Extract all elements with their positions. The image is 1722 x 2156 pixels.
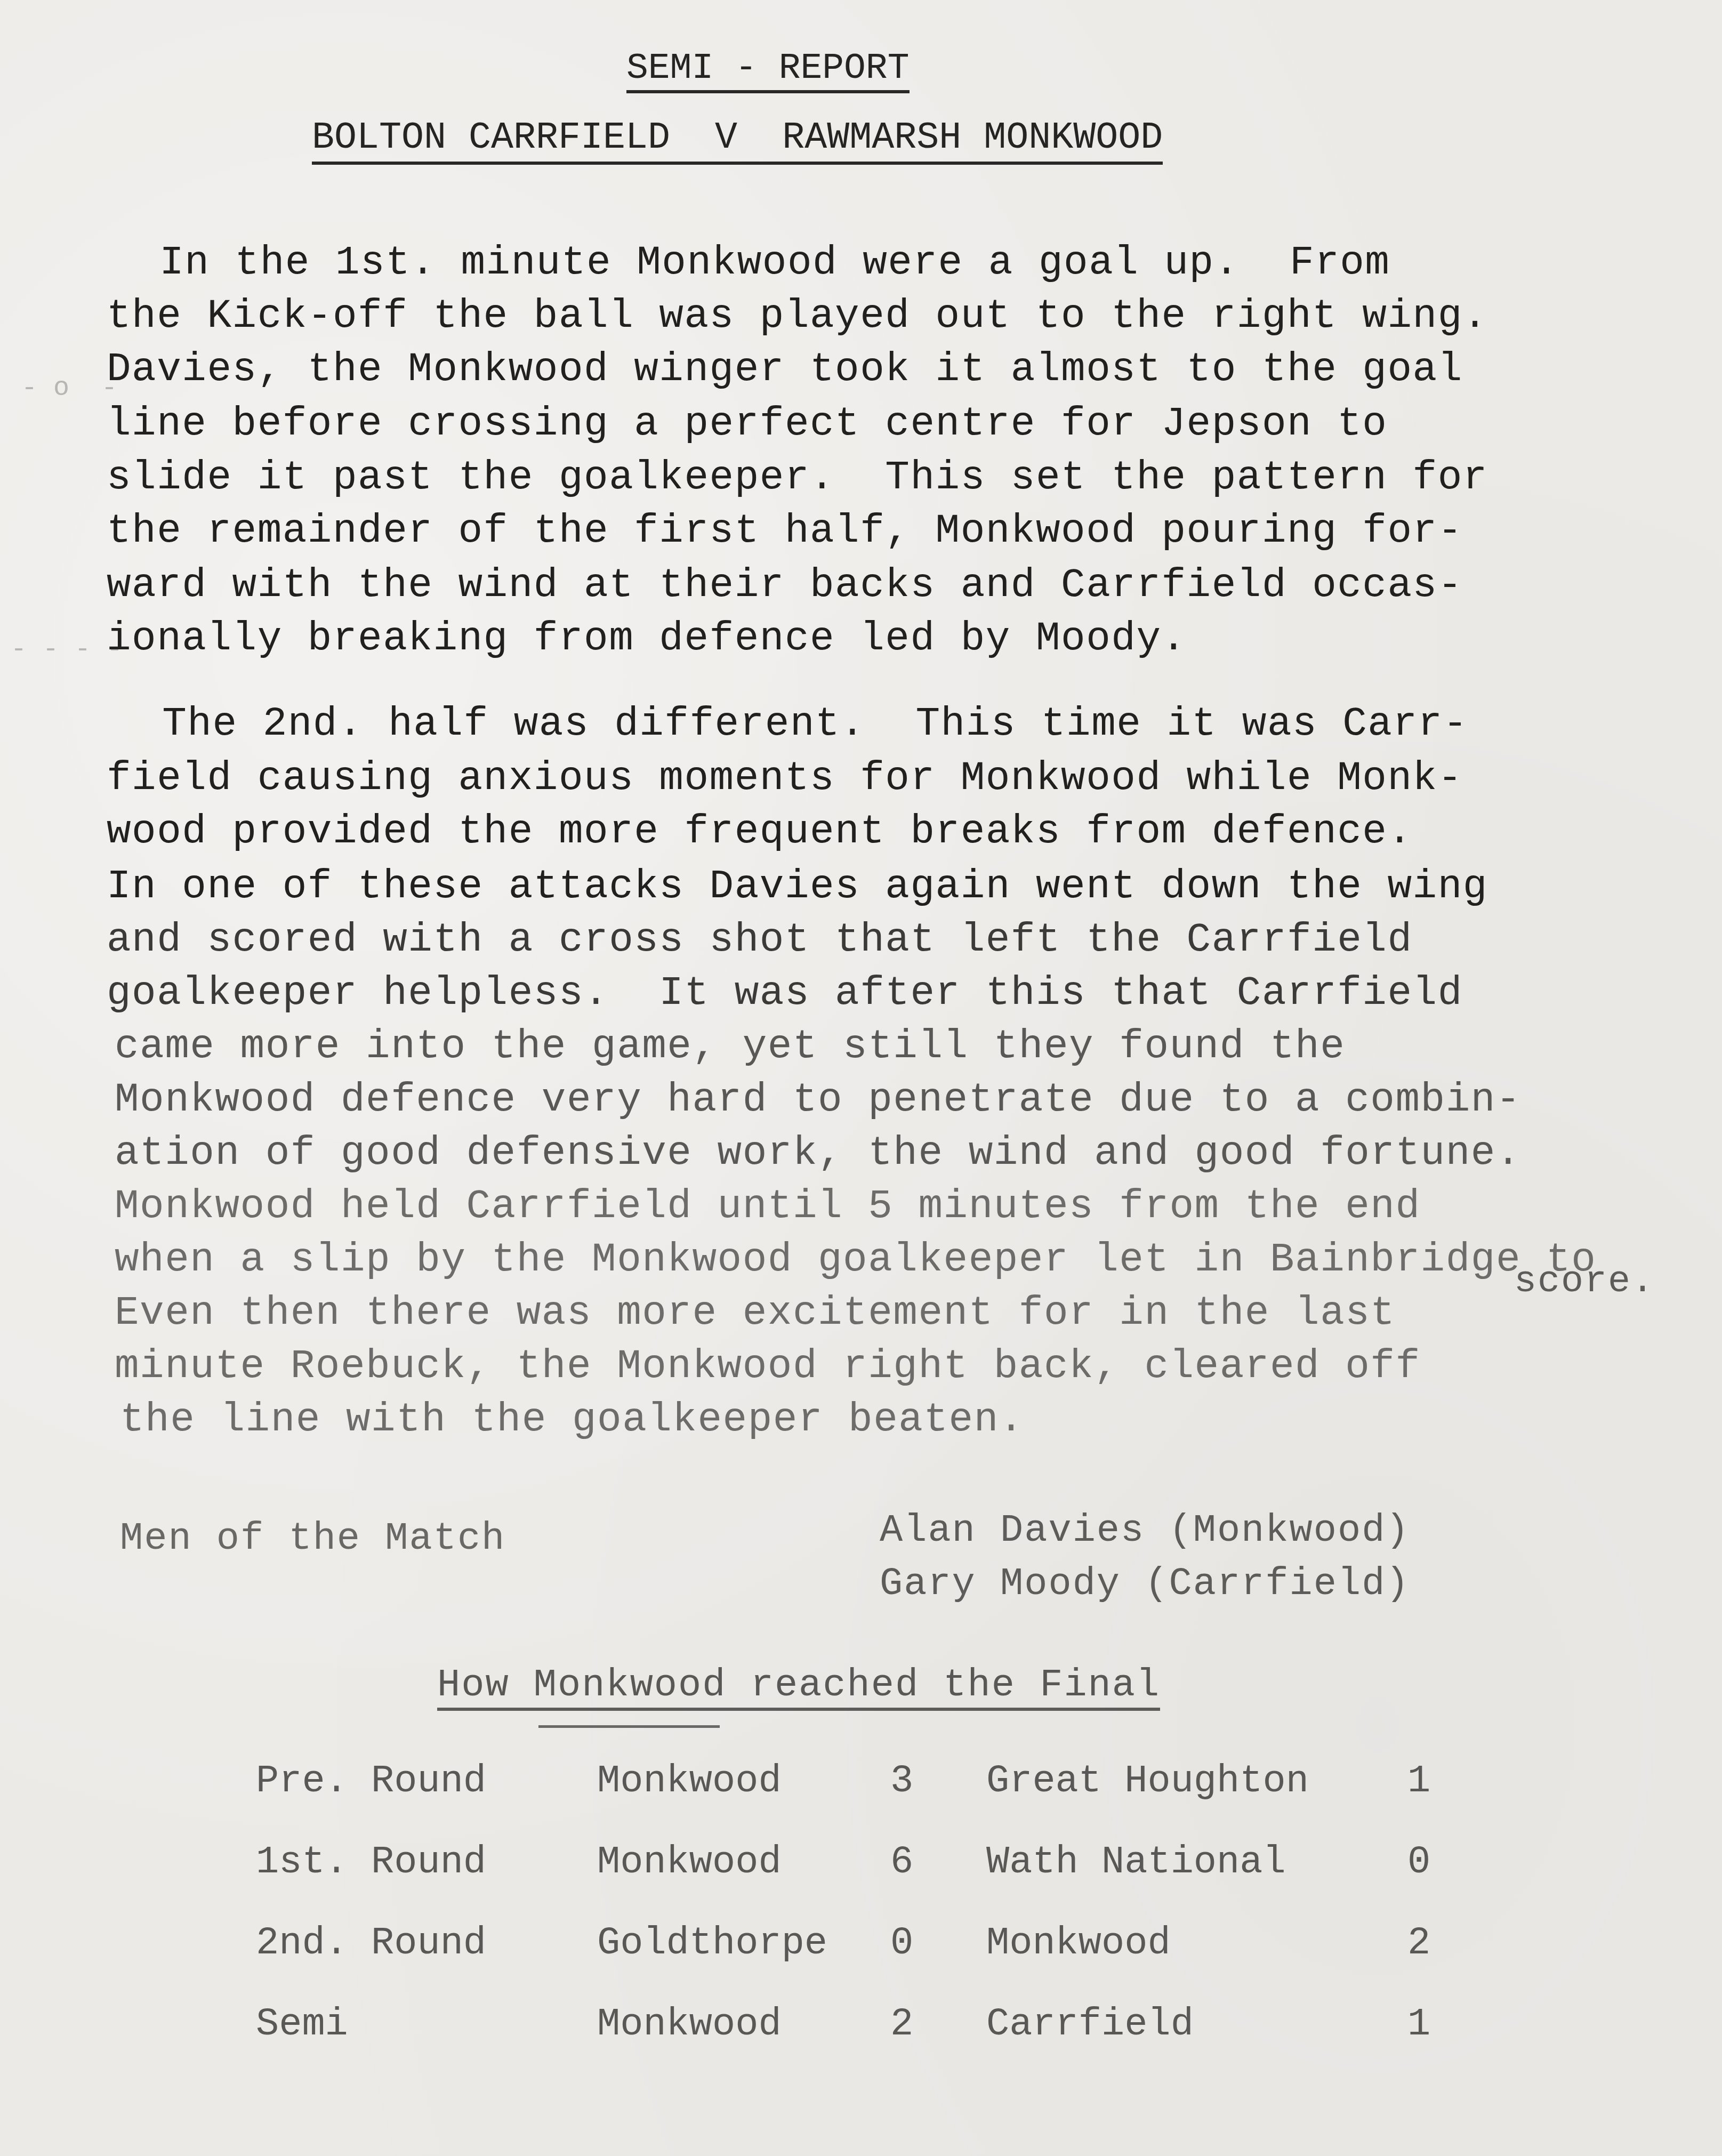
- away-team-cell: Wath National: [986, 1840, 1407, 1921]
- home-score-cell: 2: [890, 2002, 986, 2083]
- home-team-cell: Monkwood: [597, 1840, 890, 1921]
- margin-smudge: - o -: [21, 373, 117, 404]
- text-line: the remainder of the first half, Monkwoo…: [107, 511, 1463, 551]
- round-cell: 2nd. Round: [256, 1921, 597, 2002]
- home-team-cell: Goldthorpe: [597, 1921, 890, 2002]
- text-line: wood provided the more frequent breaks f…: [107, 811, 1413, 852]
- text-line: line before crossing a perfect centre fo…: [107, 404, 1387, 444]
- motm-player: Gary Moody (Carrfield): [880, 1565, 1410, 1603]
- text-line: the Kick-off the ball was played out to …: [107, 296, 1488, 336]
- away-score-cell: 2: [1407, 1921, 1461, 2002]
- text-line: In one of these attacks Davies again wen…: [107, 866, 1488, 907]
- text-line: came more into the game, yet still they …: [115, 1026, 1345, 1067]
- away-score-cell: 1: [1407, 2002, 1461, 2083]
- text-line: the line with the goalkeeper beaten.: [120, 1399, 1024, 1440]
- home-team-cell: Monkwood: [597, 1759, 890, 1840]
- motm-label: Men of the Match: [120, 1519, 505, 1558]
- home-score-cell: 6: [890, 1840, 986, 1921]
- text-line: ionally breaking from defence led by Moo…: [107, 618, 1187, 659]
- round-cell: 1st. Round: [256, 1840, 597, 1921]
- text-line: ation of good defensive work, the wind a…: [115, 1133, 1521, 1173]
- text-line: Davies, the Monkwood winger took it almo…: [107, 349, 1463, 390]
- text-line: Monkwood held Carrfield until 5 minutes …: [115, 1186, 1421, 1227]
- text-line: minute Roebuck, the Monkwood right back,…: [115, 1346, 1421, 1387]
- away-score-cell: 0: [1407, 1840, 1461, 1921]
- round-cell: Pre. Round: [256, 1759, 597, 1840]
- results-table: Pre. Round Monkwood 3 Great Houghton 1 1…: [256, 1759, 1461, 2083]
- motm-player: Alan Davies (Monkwood): [880, 1511, 1410, 1550]
- overtyped-word: score.: [1514, 1264, 1655, 1301]
- text-line: ward with the wind at their backs and Ca…: [107, 565, 1463, 606]
- round-cell: Semi: [256, 2002, 597, 2083]
- table-row: 2nd. Round Goldthorpe 0 Monkwood 2: [256, 1921, 1461, 2002]
- report-title: SEMI - REPORT: [626, 51, 910, 93]
- text-line: In the 1st. minute Monkwood were a goal …: [109, 243, 1390, 283]
- away-score-cell: 1: [1407, 1759, 1461, 1840]
- home-score-cell: 3: [890, 1759, 986, 1840]
- match-heading: BOLTON CARRFIELD V RAWMARSH MONKWOOD: [312, 120, 1163, 165]
- margin-smudge: - - - -: [11, 634, 123, 665]
- away-team-cell: Monkwood: [986, 1921, 1407, 2002]
- route-heading: How Monkwood reached the Final: [437, 1666, 1160, 1711]
- text-line: and scored with a cross shot that left t…: [107, 920, 1413, 960]
- text-line: field causing anxious moments for Monkwo…: [107, 758, 1463, 799]
- heading-underline: [538, 1725, 720, 1728]
- text-line: slide it past the goalkeeper. This set t…: [107, 457, 1488, 498]
- table-row: 1st. Round Monkwood 6 Wath National 0: [256, 1840, 1461, 1921]
- home-score-cell: 0: [890, 1921, 986, 2002]
- typed-report-page: - o - - - - - SEMI - REPORT BOLTON CARRF…: [0, 0, 1722, 2156]
- text-line: Even then there was more excitement for …: [115, 1293, 1395, 1333]
- text-line: goalkeeper helpless. It was after this t…: [107, 973, 1463, 1013]
- table-row: Pre. Round Monkwood 3 Great Houghton 1: [256, 1759, 1461, 1840]
- text-line: when a slip by the Monkwood goalkeeper l…: [115, 1240, 1596, 1280]
- text-line: Monkwood defence very hard to penetrate …: [115, 1080, 1521, 1120]
- away-team-cell: Great Houghton: [986, 1759, 1407, 1840]
- home-team-cell: Monkwood: [597, 2002, 890, 2083]
- text-line: The 2nd. half was different. This time i…: [112, 704, 1468, 744]
- table-row: Semi Monkwood 2 Carrfield 1: [256, 2002, 1461, 2083]
- away-team-cell: Carrfield: [986, 2002, 1407, 2083]
